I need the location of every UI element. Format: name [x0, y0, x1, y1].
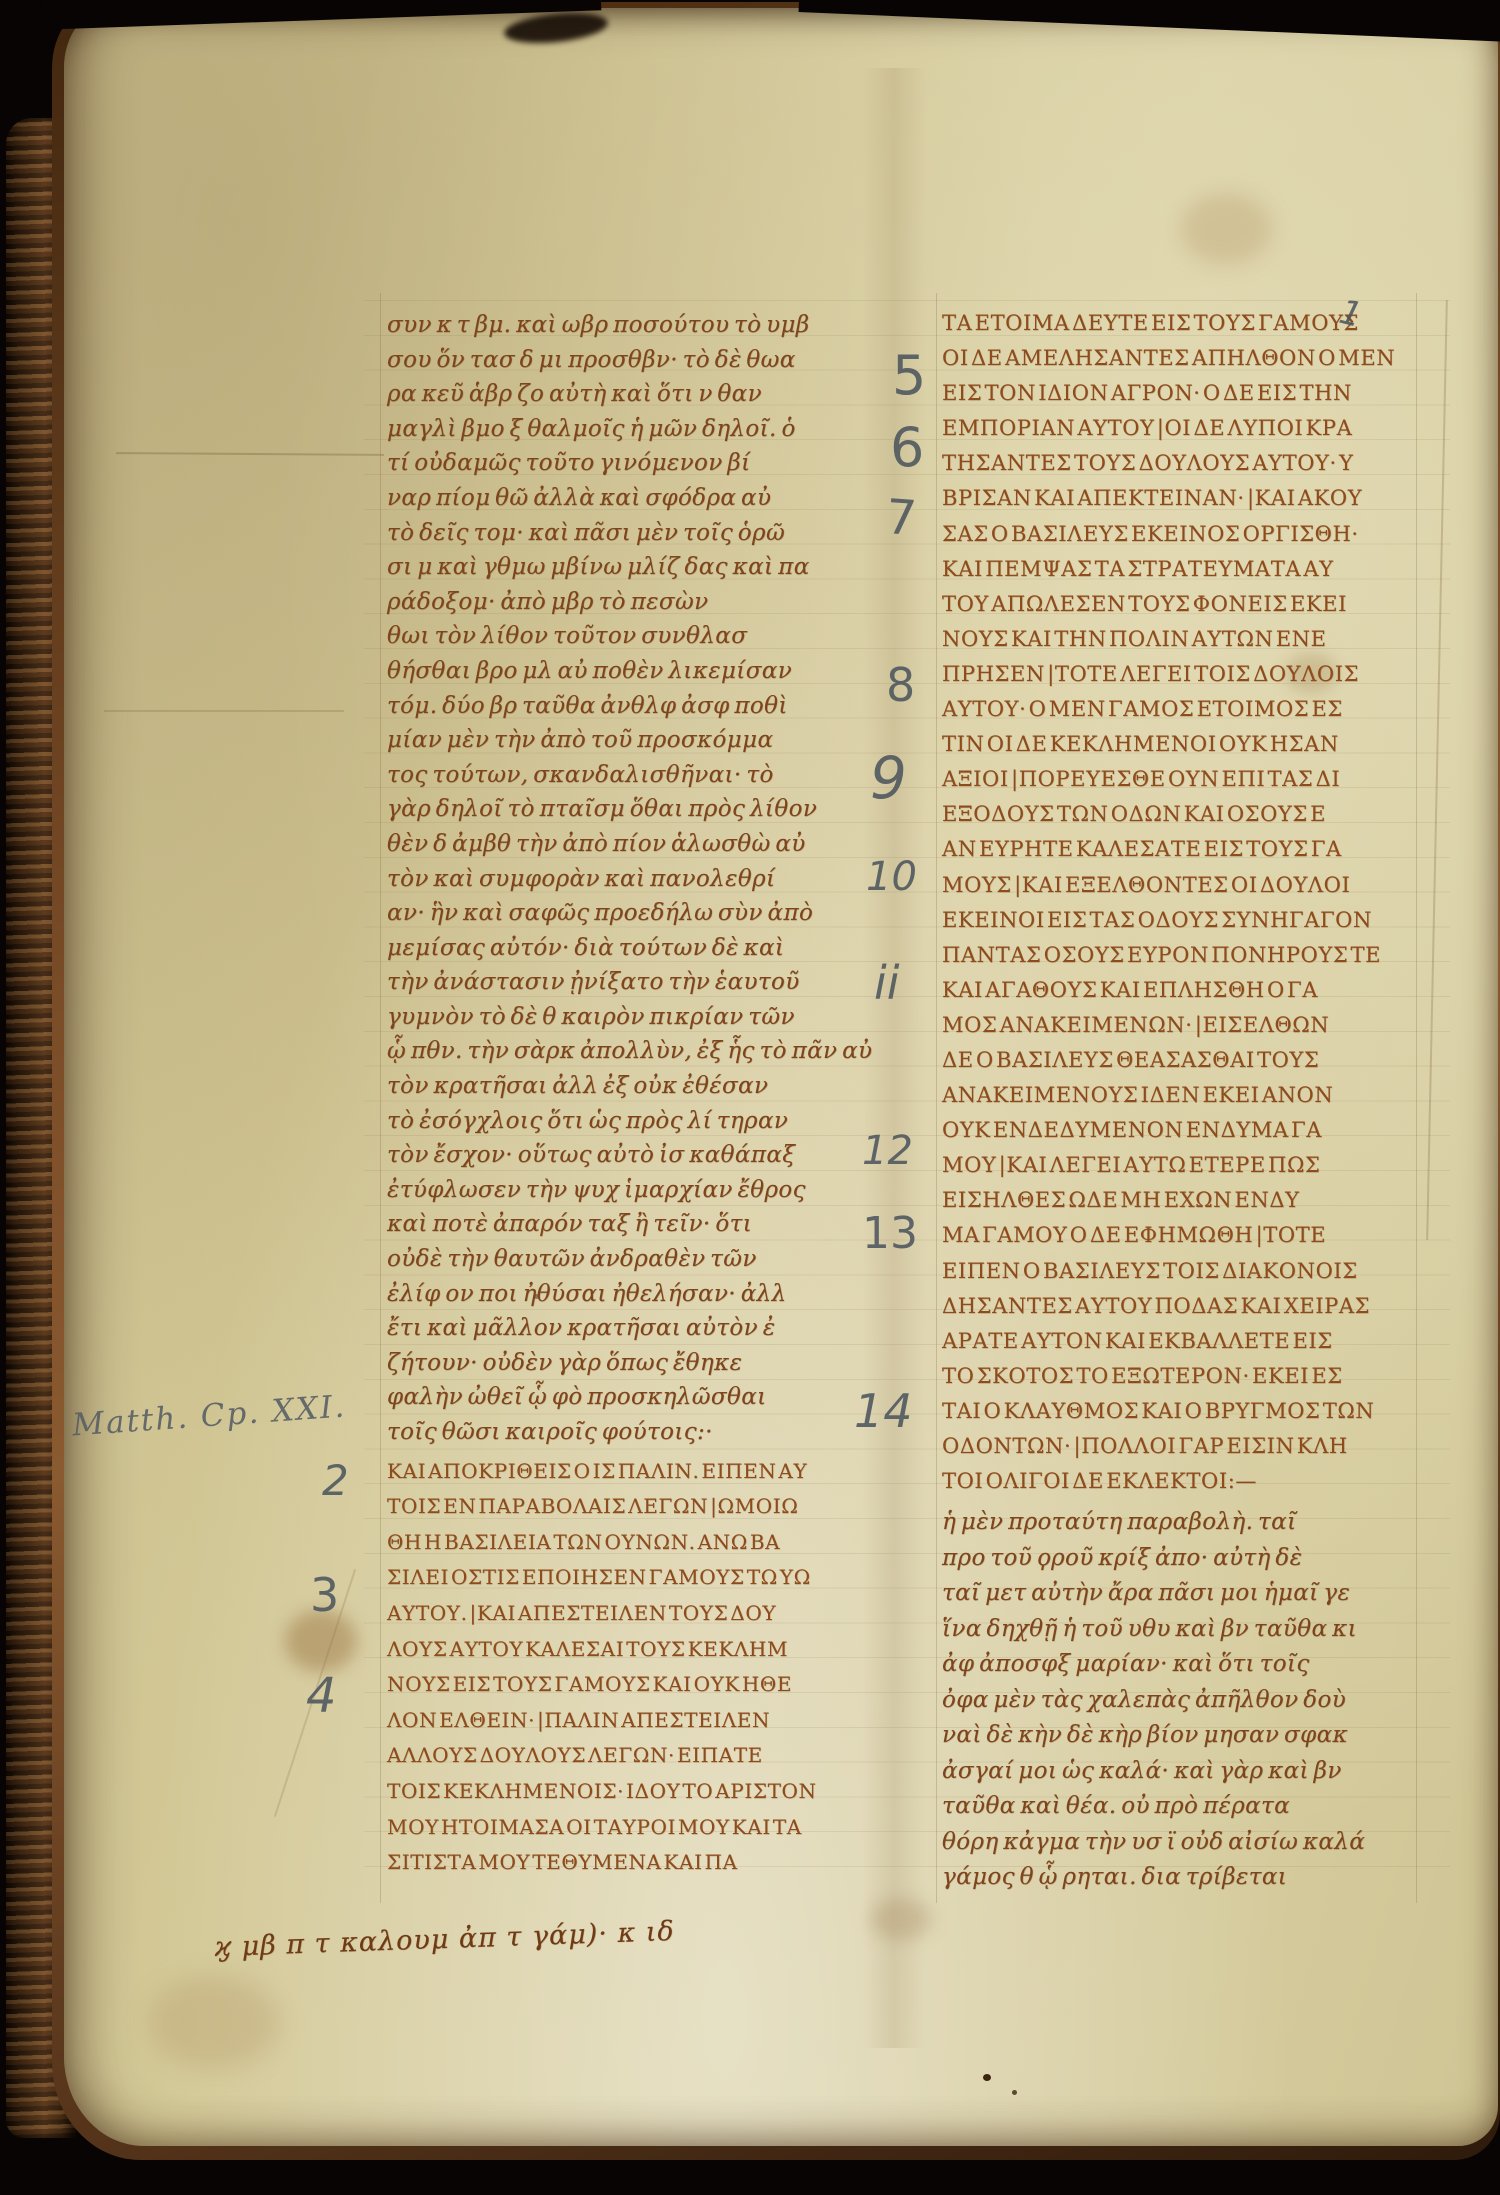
gospel-text-line: ΚΑΙ ΑΓΑΘΟΥΣ ΚΑΙ ΕΠΛΗΣΘΗ Ο ΓΑ [942, 973, 1416, 1008]
gospel-text-line: ΜΟΥΣ |ΚΑΙ ΕΞΕΛΘΟΝΤΕΣ ΟΙ ΔΟΥΛΟΙ [942, 868, 1416, 903]
ink-speck [1012, 2090, 1017, 2095]
commentary-text-line: ἐλίφ ον ποι ἠθύσαι ἠθελήσαν· ἀλλ [387, 1277, 823, 1312]
gospel-text-line: ΤΗΣΑΝΤΕΣ ΤΟΥΣ ΔΟΥΛΟΥΣ ΑΥΤΟΥ· Υ [942, 446, 1416, 481]
verse-number-pencil: 12 [862, 1128, 913, 1174]
commentary-text-line: σι μ καὶ γθμω μβίνω μλίζ δας καὶ πα [387, 550, 823, 585]
crease-line [104, 710, 344, 712]
crease-line [1426, 300, 1448, 1240]
commentary-text-line: τί οὐδαμῶς τοῦτο γινόμενον βί [387, 446, 823, 481]
gospel-text-line: ΜΟΣ ΑΝΑΚΕΙΜΕΝΩΝ· |ΕΙΣΕΛΘΩΝ [942, 1008, 1416, 1043]
vertical-ruling-center [936, 293, 937, 1903]
commentary-text-line: θωι τὸν λίθον τοῦτον συνθλασ [387, 619, 823, 654]
gospel-text-line: ΟΥΚ ΕΝΔΕΔΥΜΕΝΟΝ ΕΝΔΥΜΑ ΓΑ [942, 1113, 1416, 1148]
commentary-text-line: θήσθαι βρο μλ αὐ ποθὲν λικεμίσαν [387, 654, 823, 689]
commentary-text-line: τόμ. δύο βρ ταῦθα ἀνθλφ ἀσφ ποθὶ [387, 689, 823, 724]
gospel-text-line: ΕΙΣ ΤΟΝ ΙΔΙΟΝ ΑΓΡΟΝ· Ο ΔΕ ΕΙΣ ΤΗΝ [942, 376, 1416, 411]
verse-number-pencil: 6 [890, 416, 924, 479]
gospel-text-line: ΑΝ ΕΥΡΗΤΕ ΚΑΛΕΣΑΤΕ ΕΙΣ ΤΟΥΣ ΓΑ [942, 832, 1416, 867]
gospel-text-line: ΕΙΣΗΛΘΕΣ ΩΔΕ ΜΗ ΕΧΩΝ ΕΝΔΥ [942, 1183, 1416, 1218]
commentary-text-line: τὸ ἐσόγχλοις ὅτι ὡς πρὸς λί τηραν [387, 1104, 823, 1139]
commentary-text-line: ἵνα δηχθῇ ἡ τοῦ υθυ καὶ βν ταῦθα κι [942, 1612, 1416, 1648]
verse-number-pencil: 9 [870, 744, 907, 812]
gospel-text-line: ΔΗΣΑΝΤΕΣ ΑΥΤΟΥ ΠΟΔΑΣ ΚΑΙ ΧΕΙΡΑΣ [942, 1289, 1416, 1324]
gospel-text-line: ΕΞΟΔΟΥΣ ΤΩΝ ΟΔΩΝ ΚΑΙ ΟΣΟΥΣ Ε [942, 797, 1416, 832]
commentary-text-line: ναὶ δὲ κὴν δὲ κὴρ βίον μησαν σφακ [942, 1718, 1416, 1754]
verse-number-pencil: 5 [892, 344, 926, 407]
commentary-text-line: τος τούτων, σκανδαλισθῆναι· τὸ [387, 758, 823, 793]
gospel-text-line: ΣΑΣ Ο ΒΑΣΙΛΕΥΣ ΕΚΕΙΝΟΣ ΟΡΓΙΣΘΗ· [942, 517, 1416, 552]
gospel-text-line: ΔΕ Ο ΒΑΣΙΛΕΥΣ ΘΕΑΣΑΣΘΑΙ ΤΟΥΣ [942, 1043, 1416, 1078]
chapter-reference-note: Matth. Cp. XXI. [71, 1388, 347, 1443]
verse-number-pencil: ii [874, 956, 900, 1010]
verse-number-pencil: 10 [866, 854, 917, 900]
commentary-text-line: μεμίσας αὐτόν· διὰ τούτων δὲ καὶ [387, 931, 823, 966]
gospel-text-line: ΤΙΝ ΟΙ ΔΕ ΚΕΚΛΗΜΕΝΟΙ ΟΥΚ ΗΣΑΝ [942, 727, 1416, 762]
parchment-page: συν κ τ βμ. καὶ ωβρ ποσούτου τὸ υμβσου ὅ… [64, 8, 1498, 2146]
left-text-column: συν κ τ βμ. καὶ ωβρ ποσούτου τὸ υμβσου ὅ… [387, 308, 823, 1881]
ink-speck [983, 2074, 991, 2081]
gospel-text-line: ΚΑΙ ΑΠΟΚΡΙΘΕΙΣ Ο ΙΣ ΠΑΛΙΝ. ΕΙΠΕΝ ΑΥ [387, 1454, 823, 1490]
commentary-text-line: προ τοῦ ϙροῦ κρίξ ἀπο· αὐτὴ δὲ [942, 1541, 1416, 1577]
gospel-text-line: ΟΔΟΝΤΩΝ· |ΠΟΛΛΟΙ ΓΑΡ ΕΙΣΙΝ ΚΛΗ [942, 1429, 1416, 1464]
commentary-text-line: τὸν καὶ συμφορὰν καὶ πανολεθρί [387, 862, 823, 897]
gospel-text-line: ΣΙΛΕΙ ΟΣΤΙΣ ΕΠΟΙΗΣΕΝ ΓΑΜΟΥΣ ΤΩ ΥΩ [387, 1560, 823, 1596]
right-commentary-block: ἡ μὲν προταύτη παραβολὴ. ταῖπρο τοῦ ϙροῦ… [942, 1505, 1416, 1896]
gospel-text-line: ΚΑΙ ΠΕΜΨΑΣ ΤΑ ΣΤΡΑΤΕΥΜΑΤΑ ΑΥ [942, 552, 1416, 587]
ink-blotch-top-edge [503, 9, 609, 48]
left-gospel-block: ΚΑΙ ΑΠΟΚΡΙΘΕΙΣ Ο ΙΣ ΠΑΛΙΝ. ΕΙΠΕΝ ΑΥΤΟΙΣ … [387, 1454, 823, 1881]
commentary-text-line: ἔτι καὶ μᾶλλον κρατῆσαι αὐτὸν ἐ [387, 1311, 823, 1346]
gospel-text-line: ΟΙ ΔΕ ΑΜΕΛΗΣΑΝΤΕΣ ΑΠΗΛΘΟΝ Ο ΜΕΝ [942, 341, 1416, 376]
manuscript-photo: συν κ τ βμ. καὶ ωβρ ποσούτου τὸ υμβσου ὅ… [0, 0, 1500, 2195]
gospel-text-line: ΤΟΙΣ ΚΕΚΛΗΜΕΝΟΙΣ· ΙΔΟΥ ΤΟ ΑΡΙΣΤΟΝ [387, 1774, 823, 1810]
commentary-text-line: θὲν δ ἀμβθ τὴν ἀπὸ πίον ἁλωσθὼ αὐ [387, 827, 823, 862]
verse-number-pencil: 3 [310, 1568, 339, 1622]
commentary-text-line: οὐδὲ τὴν θαυτῶν ἀνδραθὲν τῶν [387, 1242, 823, 1277]
kephalaion-scribal-note: ϗ μβ π τ καλουμ ἀπ τ γάμ)· κ ιδ [214, 1916, 675, 1963]
verse-number-pencil: 13 [862, 1208, 918, 1259]
commentary-text-line: ζήτουν· οὐδὲν γὰρ ὅπως ἔθηκε [387, 1346, 823, 1381]
parchment-stain [150, 1976, 280, 2068]
gospel-text-line: ΕΜΠΟΡΙΑΝ ΑΥΤΟΥ |ΟΙ ΔΕ ΛΥΠΟΙ ΚΡΑ [942, 411, 1416, 446]
verse-number-pencil: 7 [884, 489, 918, 547]
gospel-text-line: ΤΟ ΣΚΟΤΟΣ ΤΟ ΕΞΩΤΕΡΟΝ· ΕΚΕΙ ΕΣ [942, 1359, 1416, 1394]
gospel-text-line: ΑΥΤΟΥ· Ο ΜΕΝ ΓΑΜΟΣ ΕΤΟΙΜΟΣ ΕΣ [942, 692, 1416, 727]
gospel-text-line: ΛΟΥΣ ΑΥΤΟΥ ΚΑΛΕΣΑΙ ΤΟΥΣ ΚΕΚΛΗΜ [387, 1632, 823, 1668]
gospel-text-line: ΛΟΝ ΕΛΘΕΙΝ· |ΠΑΛΙΝ ΑΠΕΣΤΕΙΛΕΝ [387, 1703, 823, 1739]
commentary-text-line: γυμνὸν τὸ δὲ θ καιρὸν πικρίαν τῶν [387, 1000, 823, 1035]
gospel-text-line: ΜΟΥ ΗΤΟΙΜΑΣΑ ΟΙ ΤΑΥΡΟΙ ΜΟΥ ΚΑΙ ΤΑ [387, 1810, 823, 1846]
vertical-ruling-left [380, 293, 381, 1903]
crease-line [116, 452, 384, 456]
gospel-text-line: ΕΚΕΙΝΟΙ ΕΙΣ ΤΑΣ ΟΔΟΥΣ ΣΥΝΗΓΑΓΟΝ [942, 903, 1416, 938]
commentary-text-line: μίαν μὲν τὴν ἀπὸ τοῦ προσκόμμα [387, 723, 823, 758]
commentary-text-line: ᾧ πθν. τὴν σὰρκ ἀπολλὺν, ἐξ ἧς τὸ πᾶν αὐ [387, 1034, 823, 1069]
commentary-text-line: τοῖς θῶσι καιροῖς φούτοις:· [387, 1415, 823, 1450]
commentary-text-line: καὶ ποτὲ ἀπαρόν ταξ ἢ τεῖν· ὅτι [387, 1207, 823, 1242]
commentary-text-line: ἀσγαί μοι ὡς καλά· καὶ γὰρ καὶ βν [942, 1754, 1416, 1790]
verse-number-pencil: 8 [886, 658, 915, 712]
parchment-stain [1180, 193, 1272, 265]
verse-number-pencil: 2 [322, 1456, 349, 1505]
commentary-text-line: γὰρ δηλοῖ τὸ πταῖσμ ὅθαι πρὸς λίθον [387, 792, 823, 827]
gospel-text-line: ΑΞΙΟΙ |ΠΟΡΕΥΕΣΘΕ ΟΥΝ ΕΠΙ ΤΑΣ ΔΙ [942, 762, 1416, 797]
left-commentary-block: συν κ τ βμ. καὶ ωβρ ποσούτου τὸ υμβσου ὅ… [387, 308, 823, 1450]
vertical-ruling-right [1416, 293, 1417, 1903]
gospel-text-line: ΤΟΙΣ ΕΝ ΠΑΡΑΒΟΛΑΙΣ ΛΕΓΩΝ |ΩΜΟΙΩ [387, 1489, 823, 1525]
gospel-text-line: ΕΙΠΕΝ Ο ΒΑΣΙΛΕΥΣ ΤΟΙΣ ΔΙΑΚΟΝΟΙΣ [942, 1254, 1416, 1289]
commentary-text-line: ναρ πίομ θῶ ἀλλὰ καὶ σφόδρα αὐ [387, 481, 823, 516]
commentary-text-line: ταῖ μετ αὐτὴν ἄρα πᾶσι μοι ἡμαῖ γε [942, 1576, 1416, 1612]
gospel-text-line: ΤΟΙ ΟΛΙΓΟΙ ΔΕ ΕΚΛΕΚΤΟΙ:— [942, 1464, 1416, 1499]
commentary-text-line: θόρη κἀγμα τὴν υσ ϊ οὐδ αἰσίω καλά [942, 1825, 1416, 1861]
gospel-text-line: ΤΑΙ Ο ΚΛΑΥΘΜΟΣ ΚΑΙ Ο ΒΡΥΓΜΟΣ ΤΩΝ [942, 1394, 1416, 1429]
gospel-text-line: ΝΟΥΣ ΚΑΙ ΤΗΝ ΠΟΛΙΝ ΑΥΤΩΝ ΕΝΕ [942, 622, 1416, 657]
commentary-text-line: τὸ δεῖς τομ· καὶ πᾶσι μὲν τοῖς ὁρῶ [387, 516, 823, 551]
gospel-text-line: ΘΗ Η ΒΑΣΙΛΕΙΑ ΤΩΝ ΟΥΝΩΝ. ΑΝΩ ΒΑ [387, 1525, 823, 1561]
commentary-text-line: τὸν κρατῆσαι ἀλλ ἐξ οὐκ ἐθέσαν [387, 1069, 823, 1104]
gospel-text-line: ΤΟΥ ΑΠΩΛΕΣΕΝ ΤΟΥΣ ΦΟΝΕΙΣ ΕΚΕΙ [942, 587, 1416, 622]
commentary-text-line: ράδοξομ· ἀπὸ μβρ τὸ πεσὼν [387, 585, 823, 620]
gospel-text-line: ΑΛΛΟΥΣ ΔΟΥΛΟΥΣ ΛΕΓΩΝ· ΕΙΠΑΤΕ [387, 1738, 823, 1774]
commentary-text-line: ἡ μὲν προταύτη παραβολὴ. ταῖ [942, 1505, 1416, 1541]
gospel-text-line: ΣΙΤΙΣΤΑ ΜΟΥ ΤΕΘΥΜΕΝΑ ΚΑΙ ΠΑ [387, 1845, 823, 1881]
gospel-text-line: ΝΟΥΣ ΕΙΣ ΤΟΥΣ ΓΑΜΟΥΣ ΚΑΙ ΟΥΚ ΗΘΕ [387, 1667, 823, 1703]
verse-number-pencil: 4 [306, 1668, 337, 1724]
commentary-text-line: συν κ τ βμ. καὶ ωβρ ποσούτου τὸ υμβ [387, 308, 823, 343]
gospel-text-line: ΒΡΙΣΑΝ ΚΑΙ ΑΠΕΚΤΕΙΝΑΝ· |ΚΑΙ ΑΚΟΥ [942, 481, 1416, 516]
commentary-text-line: τὴν ἀνάστασιν ᾐνίξατο τὴν ἑαυτοῦ [387, 965, 823, 1000]
commentary-text-line: ἀφ ἀποσφξ μαρίαν· καὶ ὅτι τοῖς [942, 1647, 1416, 1683]
right-gospel-block: ΤΑ ΕΤΟΙΜΑ ΔΕΥΤΕ ΕΙΣ ΤΟΥΣ ΓΑΜΟΥΣΟΙ ΔΕ ΑΜΕ… [942, 306, 1416, 1499]
commentary-text-line: ὀφα μὲν τὰς χαλεπὰς ἀπῆλθον δοὺ [942, 1683, 1416, 1719]
gospel-text-line: ΜΑ ΓΑΜΟΥ Ο ΔΕ ΕΦΗΜΩΘΗ |ΤΟΤΕ [942, 1218, 1416, 1253]
gospel-text-line: ΠΡΗΣΕΝ |ΤΟΤΕ ΛΕΓΕΙ ΤΟΙΣ ΔΟΥΛΟΙΣ [942, 657, 1416, 692]
commentary-text-line: τὸν ἔσχον· οὕτως αὐτὸ ἰσ καθάπαξ [387, 1138, 823, 1173]
right-text-column: ΤΑ ΕΤΟΙΜΑ ΔΕΥΤΕ ΕΙΣ ΤΟΥΣ ΓΑΜΟΥΣΟΙ ΔΕ ΑΜΕ… [942, 306, 1416, 1896]
commentary-text-line: μαγλὶ βμο ξ θαλμοῖς ἡ μῶν δηλοῖ. ὁ [387, 412, 823, 447]
commentary-text-line: σου ὅν τασ δ μι προσθβν· τὸ δὲ θωα [387, 343, 823, 378]
commentary-text-line: γάμος θ ᾧ ρηται. δια τρίβεται [942, 1860, 1416, 1896]
commentary-text-line: αν· ἣν καὶ σαφῶς προεδήλω σὺν ἀπὸ [387, 896, 823, 931]
verse-number-pencil: 14 [854, 1384, 913, 1438]
commentary-text-line: ρα κεῦ ἁβρ ζο αὐτὴ καὶ ὅτι ν θαν [387, 377, 823, 412]
gospel-text-line: ΑΡΑΤΕ ΑΥΤΟΝ ΚΑΙ ΕΚΒΑΛΛΕΤΕ ΕΙΣ [942, 1324, 1416, 1359]
gospel-text-line: ΑΥΤΟΥ. |ΚΑΙ ΑΠΕΣΤΕΙΛΕΝ ΤΟΥΣ ΔΟΥ [387, 1596, 823, 1632]
gospel-text-line: ΜΟΥ |ΚΑΙ ΛΕΓΕΙ ΑΥΤΩ ΕΤΕΡΕ ΠΩΣ [942, 1148, 1416, 1183]
gospel-text-line: ΑΝΑΚΕΙΜΕΝΟΥΣ ΙΔΕΝ ΕΚΕΙ ΑΝΟΝ [942, 1078, 1416, 1113]
gospel-text-line: ΠΑΝΤΑΣ ΟΣΟΥΣ ΕΥΡΟΝ ΠΟΝΗΡΟΥΣ ΤΕ [942, 938, 1416, 973]
commentary-text-line: ταῦθα καὶ θέα. οὐ πρὸ πέρατα [942, 1789, 1416, 1825]
commentary-text-line: ἐτύφλωσεν τὴν ψυχ ἱμαρχίαν ἔθρος [387, 1173, 823, 1208]
commentary-text-line: φαλὴν ὠθεῖ ᾧ φὸ προσκηλῶσθαι [387, 1380, 823, 1415]
